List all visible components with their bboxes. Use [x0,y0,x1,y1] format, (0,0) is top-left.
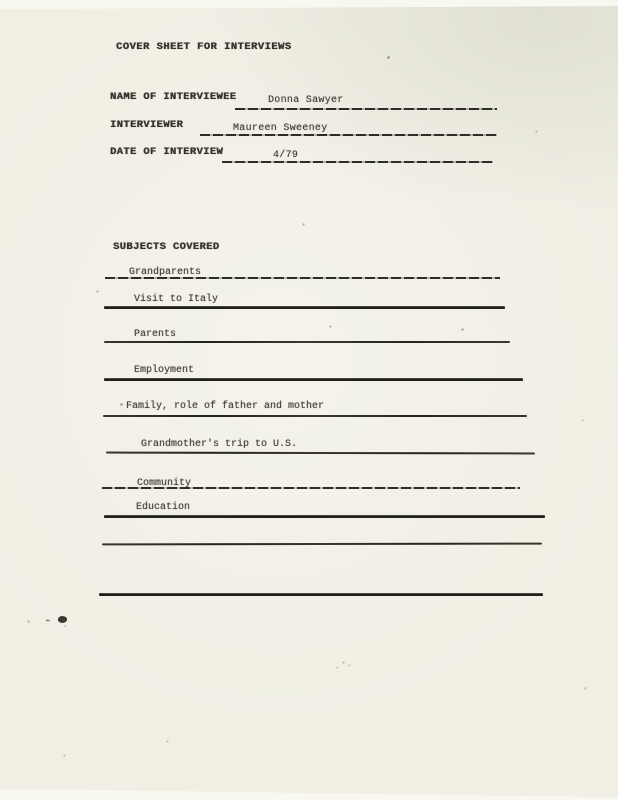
field-line-date [222,161,493,163]
field-line-interviewer [200,134,497,136]
subject-text: Family, role of father and mother [126,401,324,413]
subject-line [103,415,527,417]
subject-text: Parents [134,329,176,341]
subject-line [104,515,545,518]
subject-line [104,306,505,309]
subject-line [105,277,500,279]
subject-line [104,378,523,381]
subject-text: Education [136,502,190,514]
field-line-interviewee [235,108,497,110]
subject-text: Visit to Italy [134,294,218,306]
subject-line [99,593,543,596]
field-label-interviewer: INTERVIEWER [110,119,183,131]
subject-line [104,341,510,343]
field-value-interviewee: Donna Sawyer [268,95,344,107]
ink-blot [57,615,67,624]
field-label-date: DATE OF INTERVIEW [110,146,223,158]
scanned-document: COVER SHEET FOR INTERVIEWS NAME OF INTER… [0,0,618,800]
document-title: COVER SHEET FOR INTERVIEWS [116,41,292,53]
subject-text: Grandmother's trip to U.S. [141,439,297,451]
subjects-heading: SUBJECTS COVERED [113,241,219,253]
subject-line [102,487,520,489]
subject-line [106,452,535,455]
scan-speckles [0,0,1,1]
field-label-interviewee: NAME OF INTERVIEWEE [110,91,236,103]
subject-line [102,543,542,546]
subject-text: Employment [134,365,194,377]
paper-page: COVER SHEET FOR INTERVIEWS NAME OF INTER… [0,0,618,800]
